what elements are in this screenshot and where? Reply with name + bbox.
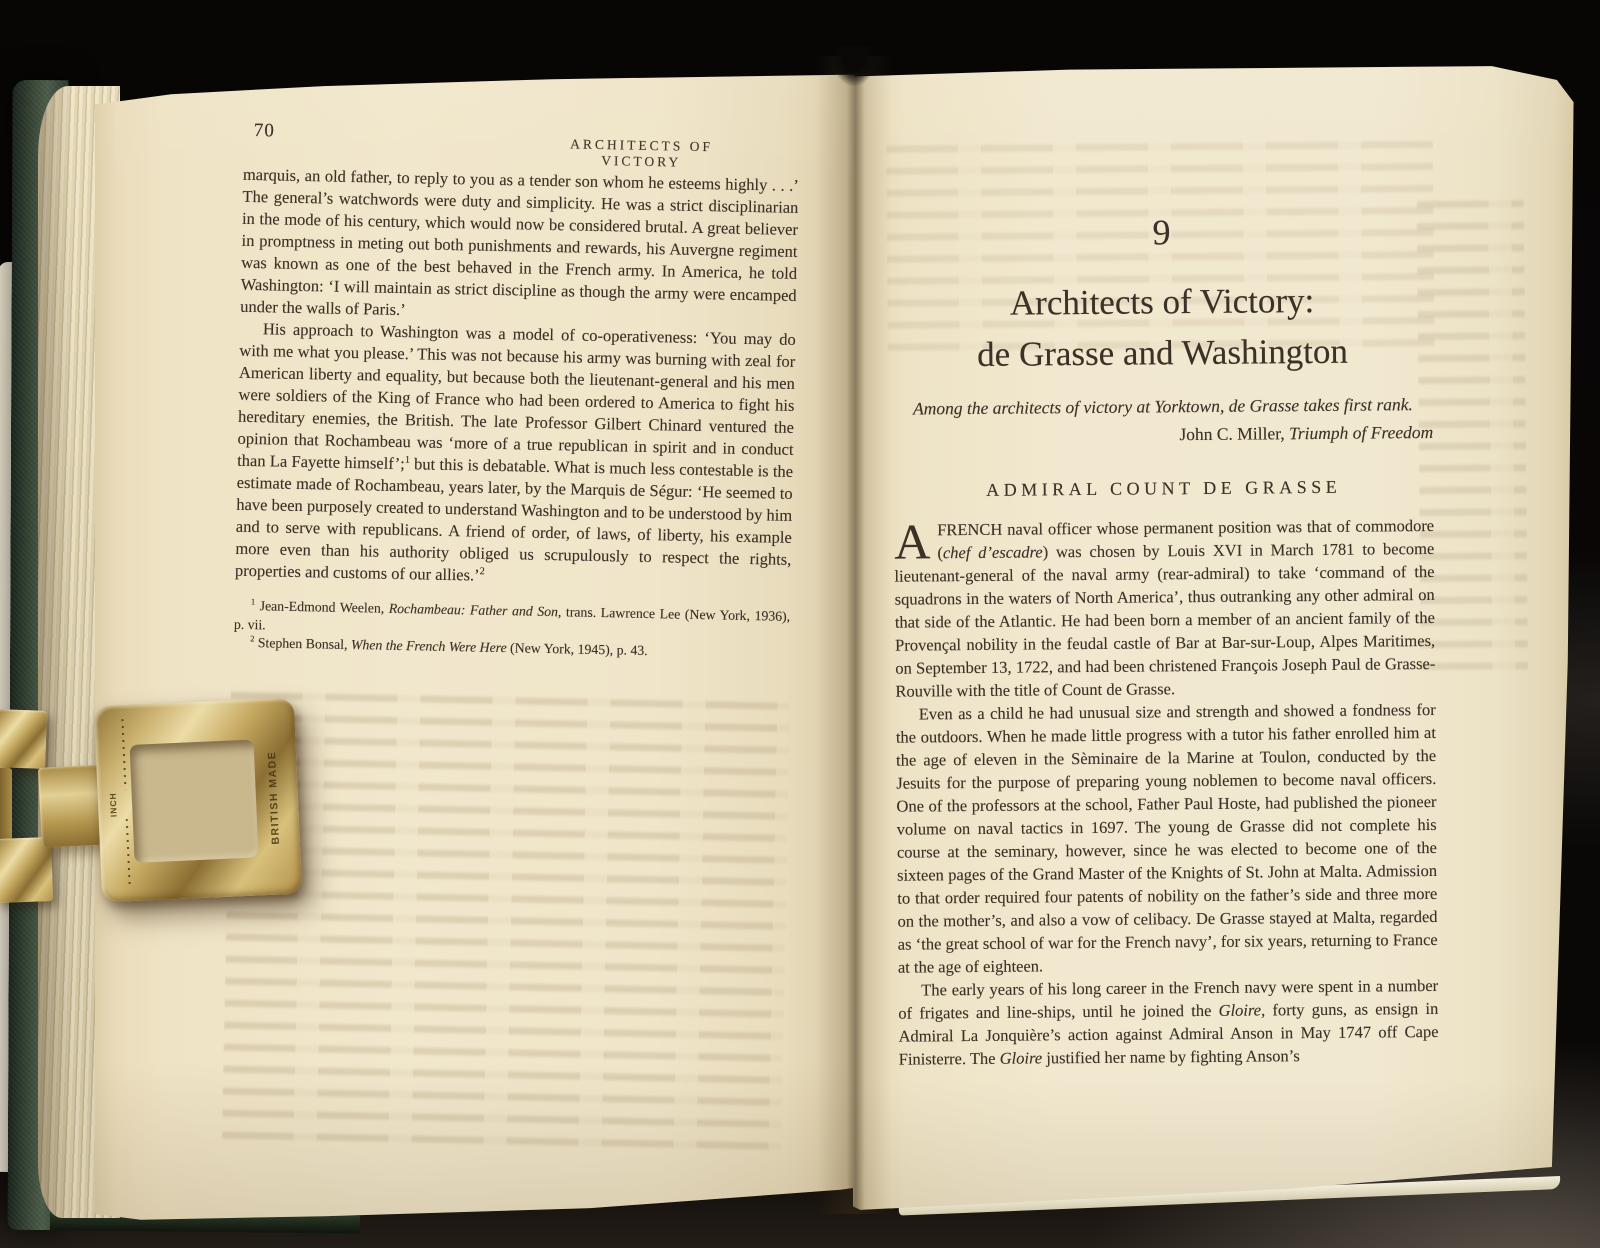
ruler-tick-marks: [121, 719, 126, 789]
paragraph: Even as a child he had unusual size and …: [896, 698, 1438, 979]
section-heading: ADMIRAL COUNT DE GRASSE: [894, 474, 1434, 503]
epigraph: Among the architects of victory at Yorkt…: [913, 392, 1429, 421]
buckle-pin: [0, 768, 12, 840]
brass-buckle: INCH BRITISH MADE: [0, 650, 340, 980]
attribution-author: John C. Miller,: [1179, 423, 1289, 444]
right-text-block: 9 Architects of Victory: de Grasse and W…: [890, 55, 1439, 1071]
chapter-title-line2: de Grasse and Washington: [892, 325, 1432, 381]
left-text-block: marquis, an old father, to reply to you …: [233, 164, 799, 664]
buckle-opening: [130, 740, 259, 863]
chapter-title: Architects of Victory: de Grasse and Was…: [892, 274, 1433, 381]
spine-top-notch: [832, 46, 876, 86]
inch-engraving: INCH: [106, 744, 125, 864]
attribution-work: Triumph of Freedom: [1289, 422, 1433, 443]
chapter-number: 9: [891, 208, 1431, 257]
epigraph-attribution: John C. Miller, Triumph of Freedom: [893, 420, 1433, 449]
drop-cap: A: [894, 518, 937, 562]
paragraph: AFRENCH naval officer whose permanent po…: [894, 514, 1436, 703]
open-book-photo: 70 ARCHITECTS OF VICTORY marquis, an old…: [0, 0, 1600, 1248]
gutter-shadow: [816, 56, 892, 1214]
paragraph: His approach to Washington was a model o…: [235, 318, 796, 593]
ruler-tick-marks: [126, 819, 131, 889]
right-page-content: 9 Architects of Victory: de Grasse and W…: [855, 54, 1555, 60]
running-header: ARCHITECTS OF VICTORY: [531, 136, 752, 172]
british-made-engraving: BRITISH MADE: [265, 727, 289, 868]
buckle-clasp-block: [0, 709, 47, 769]
chapter-title-line1: Architects of Victory:: [892, 274, 1432, 330]
paragraph: The early years of his long career in th…: [898, 974, 1439, 1071]
paragraph: marquis, an old father, to reply to you …: [240, 164, 799, 329]
page-number: 70: [254, 120, 275, 142]
buckle-frame: INCH BRITISH MADE: [94, 698, 302, 903]
